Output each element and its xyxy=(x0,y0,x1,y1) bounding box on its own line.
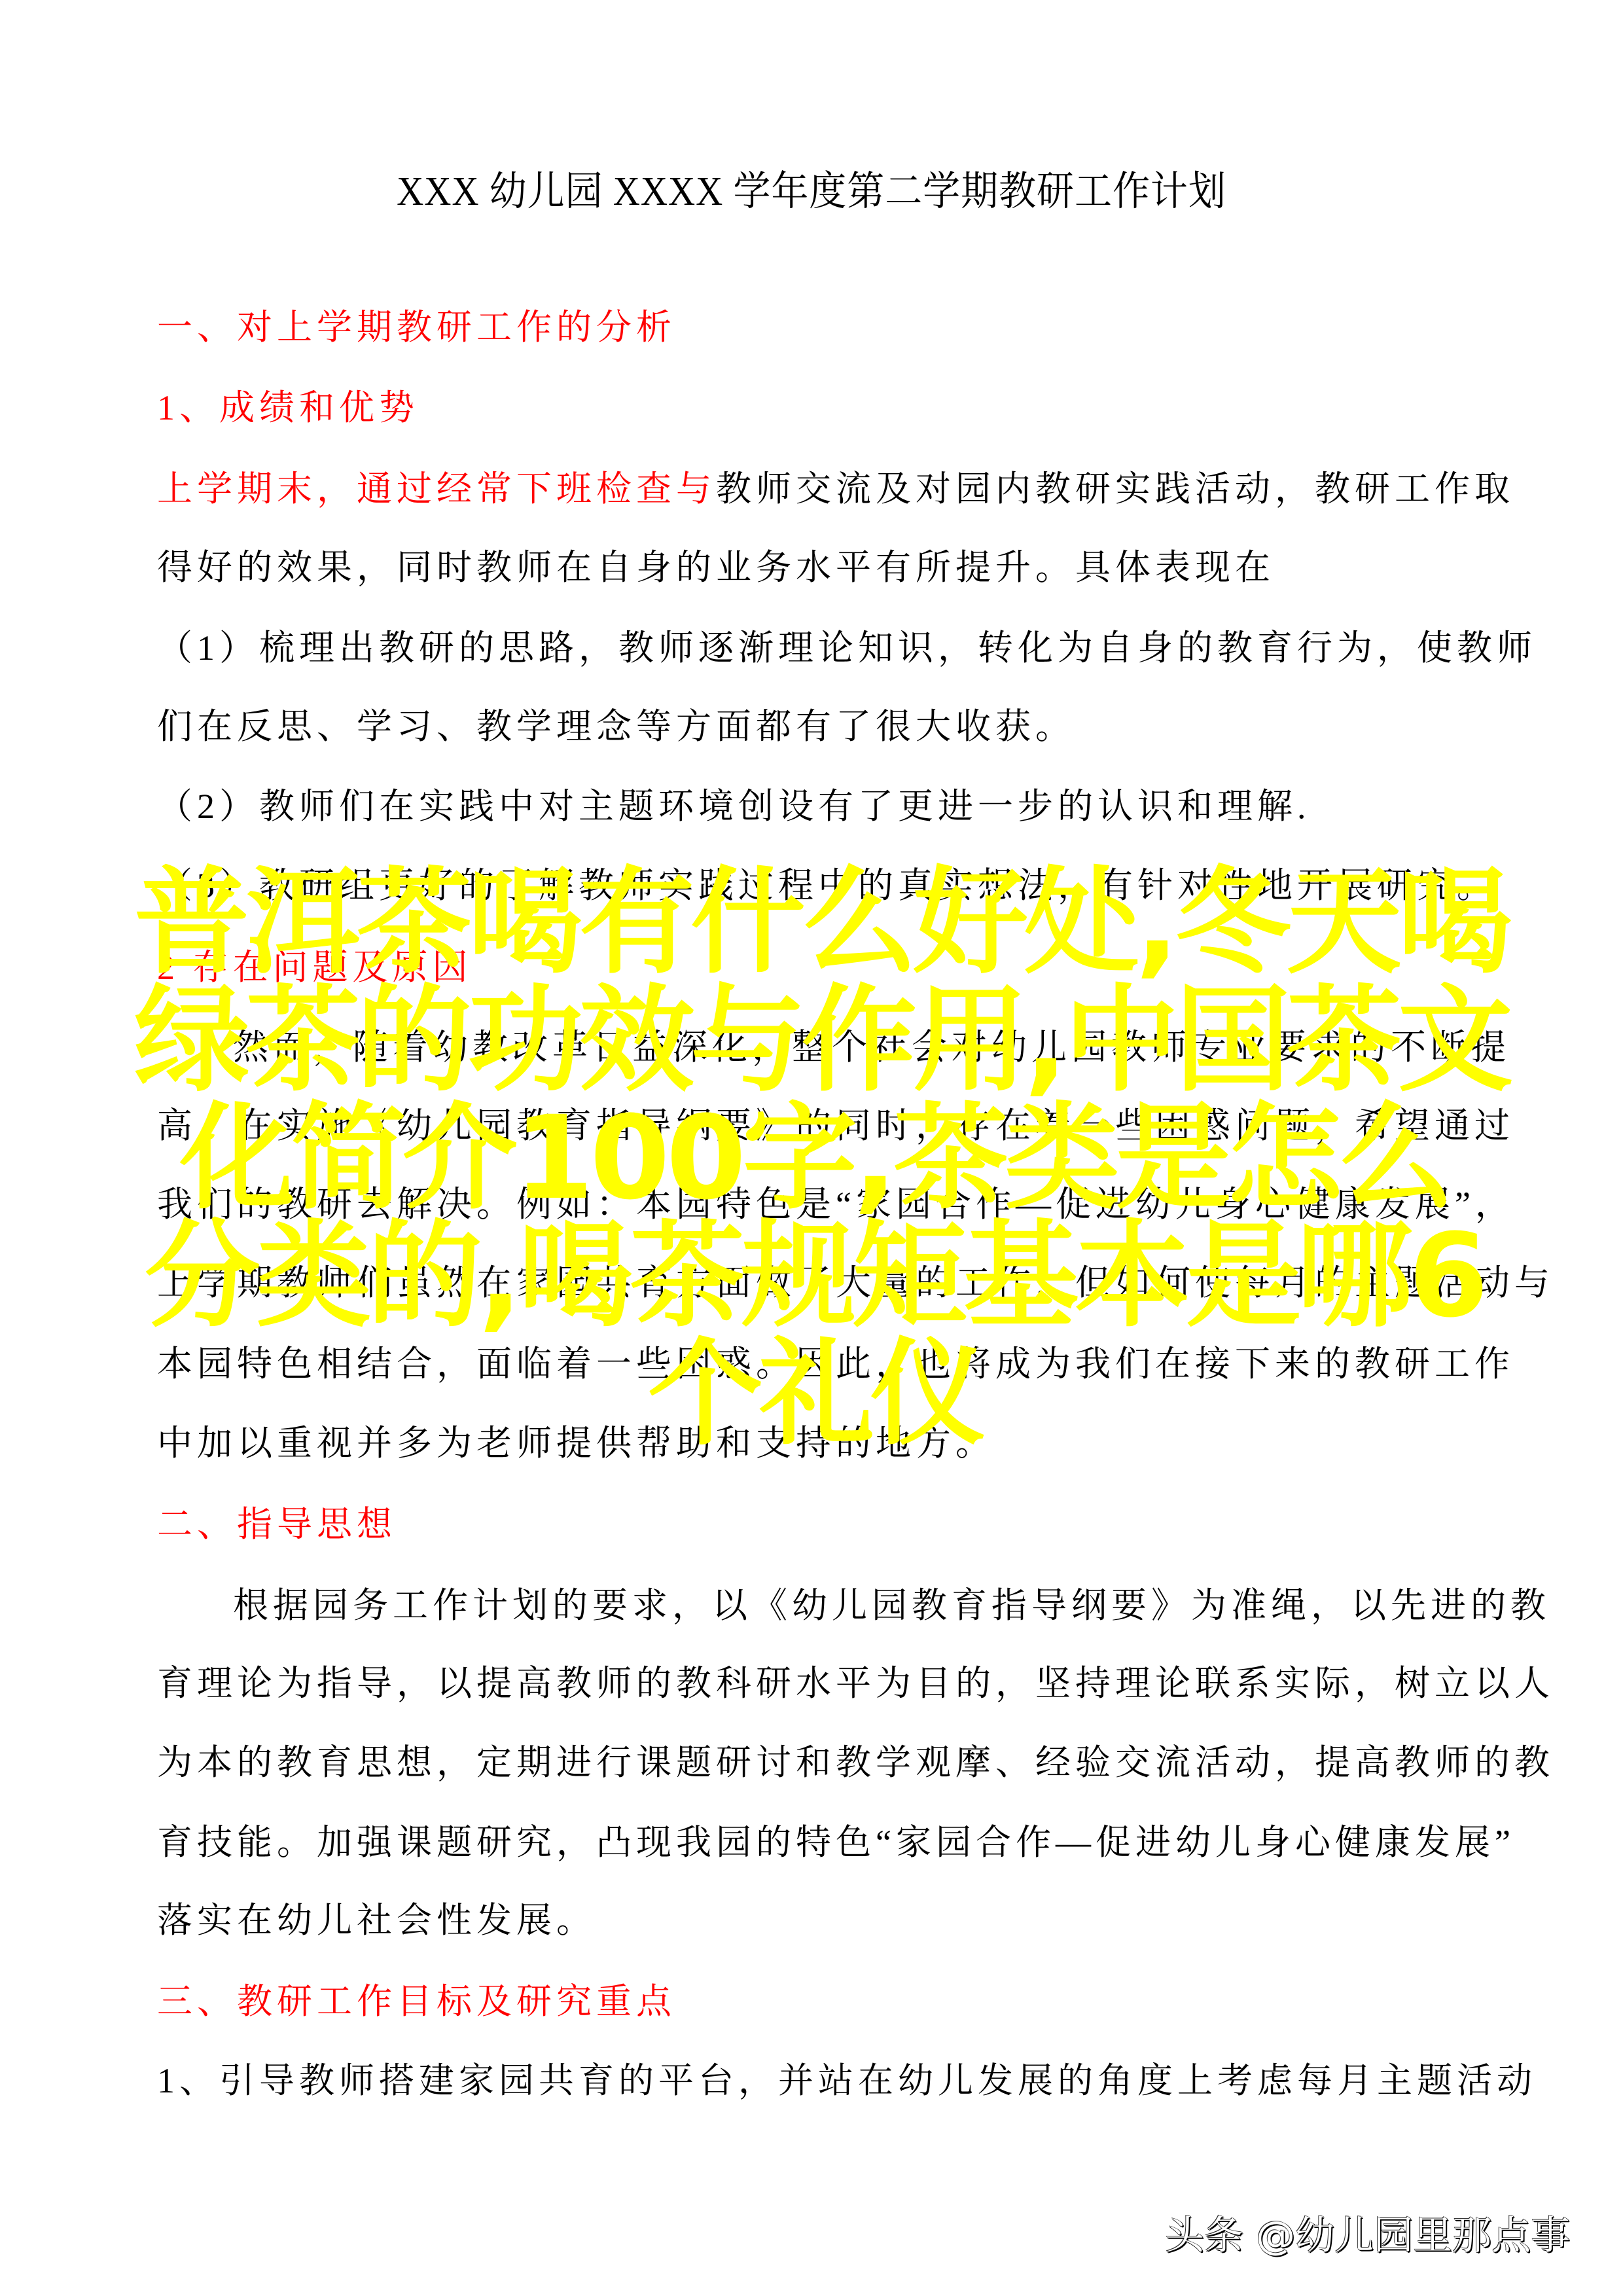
highlighted-text: 上学期末，通过经常下班检查与 xyxy=(157,469,716,509)
body-paragraph-line: 上学期末，通过经常下班检查与教师交流及对园内教研实践活动，教研工作取 xyxy=(157,466,1479,512)
body-paragraph-line: 育理论为指导，以提高教师的教科研水平为目的，坚持理论联系实际，树立以人 xyxy=(157,1660,1479,1706)
overlay-line: 个礼仪 xyxy=(134,1335,1495,1453)
document-page: XXX 幼儿园 XXXX 学年度第二学期教研工作计划 一、对上学期教研工作的分析… xyxy=(0,0,1623,2296)
body-list-item-2: （2）教师们在实践中对主题环境创设有了更进一步的认识和理解. xyxy=(157,783,1479,829)
body-paragraph-line: 1、引导教师搭建家园共育的平台，并站在幼儿发展的角度上考虑每月主题活动 xyxy=(157,2058,1479,2104)
body-list-item-1: （1）梳理出教研的思路，教师逐渐理论知识，转化为自身的教育行为，使教师 xyxy=(157,625,1479,671)
subheading-achievements: 1、成绩和优势 xyxy=(157,385,1479,431)
body-paragraph-line: 育技能。加强课题研究，凸现我园的特色“家园合作—促进幼儿身心健康发展” xyxy=(157,1820,1479,1865)
overlay-line: 绿茶的功效与作用,中国茶文 xyxy=(134,982,1495,1100)
watermark: 头条 @幼儿园里那点事 xyxy=(1165,2211,1570,2261)
overlay-line: 化简介100字,茶类是怎么 xyxy=(134,1100,1495,1217)
overlay-line: 分类的,喝茶规矩基本是哪6 xyxy=(134,1217,1495,1335)
body-paragraph-line: 根据园务工作计划的要求，以《幼儿园教育指导纲要》为准绳，以先进的教 xyxy=(157,1583,1555,1628)
body-paragraph-line: 们在反思、学习、教学理念等方面都有了很大收获。 xyxy=(157,704,1479,749)
section-heading-guiding-ideology: 二、指导思想 xyxy=(157,1501,1479,1547)
section-heading-analysis: 一、对上学期教研工作的分析 xyxy=(157,304,1479,350)
yellow-overlay-caption: 普洱茶喝有什么好处,冬天喝 绿茶的功效与作用,中国茶文 化简介100字,茶类是怎… xyxy=(134,864,1495,1453)
document-title: XXX 幼儿园 XXXX 学年度第二学期教研工作计划 xyxy=(65,162,1558,221)
overlay-line: 普洱茶喝有什么好处,冬天喝 xyxy=(134,864,1495,982)
section-heading-goals: 三、教研工作目标及研究重点 xyxy=(157,1979,1479,2024)
body-paragraph-line: 落实在幼儿社会性发展。 xyxy=(157,1897,1479,1943)
body-paragraph-line: 为本的教育思想，定期进行课题研讨和教学观摩、经验交流活动，提高教师的教 xyxy=(157,1740,1479,1785)
body-paragraph-line: 得好的效果，同时教师在自身的业务水平有所提升。具体表现在 xyxy=(157,545,1479,590)
body-text: 教师交流及对园内教研实践活动，教研工作取 xyxy=(716,469,1514,509)
